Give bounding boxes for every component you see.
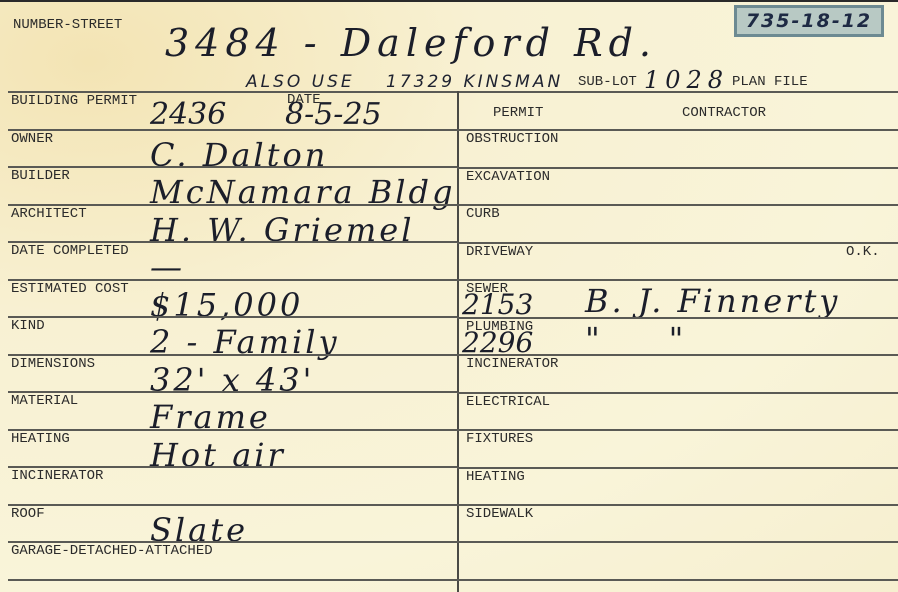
field-label-incinerator: INCINERATOR <box>11 468 103 484</box>
row-rule <box>8 166 457 168</box>
field-label-builder: BUILDER <box>11 168 70 184</box>
permit-label-heating: HEATING <box>466 469 525 485</box>
contractor-column-header: CONTRACTOR <box>682 105 766 121</box>
permit-label-excavation: EXCAVATION <box>466 169 550 185</box>
permit-label-electrical: ELECTRICAL <box>466 394 550 410</box>
field-label-architect: ARCHITECT <box>11 206 87 222</box>
row-rule <box>8 129 457 131</box>
permit-label-fixtures: FIXTURES <box>466 431 533 447</box>
also-use-value: 17329 KINSMAN <box>386 72 563 92</box>
row-rule <box>8 504 457 506</box>
field-label-heating: HEATING <box>11 431 70 447</box>
row-rule <box>457 279 898 281</box>
contractor-name: B. J. Finnerty <box>585 285 840 317</box>
sub-lot-label: SUB-LOT <box>578 74 637 90</box>
permit-label-obstruction: OBSTRUCTION <box>466 131 558 147</box>
permit-label-incinerator: INCINERATOR <box>466 356 558 372</box>
plan-file-label: PLAN FILE <box>732 74 808 90</box>
building-permit-value: 2436 <box>150 100 226 130</box>
field-label-kind: KIND <box>11 318 45 334</box>
row-rule <box>8 316 457 318</box>
permit-label-sidewalk: SIDEWALK <box>466 506 533 522</box>
row-rule <box>8 429 457 431</box>
also-use-label: ALSO USE <box>246 72 355 92</box>
field-label-owner: OWNER <box>11 131 53 147</box>
permit-number: 2153 <box>462 291 533 319</box>
row-rule <box>457 204 898 206</box>
number-street-label: NUMBER-STREET <box>13 17 122 33</box>
field-label-date-completed: DATE COMPLETED <box>11 243 129 259</box>
permit-column-header: PERMIT <box>493 105 543 121</box>
permit-number: 2296 <box>462 329 533 357</box>
field-label-roof: ROOF <box>11 506 45 522</box>
field-label-building-permit: BUILDING PERMIT <box>11 93 137 109</box>
number-street-value: 3484 - Daleford Rd. <box>165 24 657 62</box>
row-rule <box>8 579 457 581</box>
field-label-material: MATERIAL <box>11 393 78 409</box>
sub-lot-value: 1028 <box>644 68 729 92</box>
status-ok: O.K. <box>846 244 880 260</box>
permit-label-driveway: DRIVEWAY <box>466 244 533 260</box>
contractor-name: " " <box>585 323 686 355</box>
row-rule <box>457 579 898 581</box>
row-rule <box>8 541 457 543</box>
field-label-garage-detached-attached: GARAGE-DETACHED-ATTACHED <box>11 543 213 559</box>
row-rule <box>457 541 898 543</box>
field-label-dimensions: DIMENSIONS <box>11 356 95 372</box>
field-label-estimated-cost: ESTIMATED COST <box>11 281 129 297</box>
file-number-stamp: 735-18-12 <box>734 5 884 37</box>
date-value: 8-5-25 <box>285 100 382 130</box>
permit-label-curb: CURB <box>466 206 500 222</box>
permit-card: 735-18-12 NUMBER-STREET 3484 - Daleford … <box>0 0 898 592</box>
divider <box>8 91 898 93</box>
